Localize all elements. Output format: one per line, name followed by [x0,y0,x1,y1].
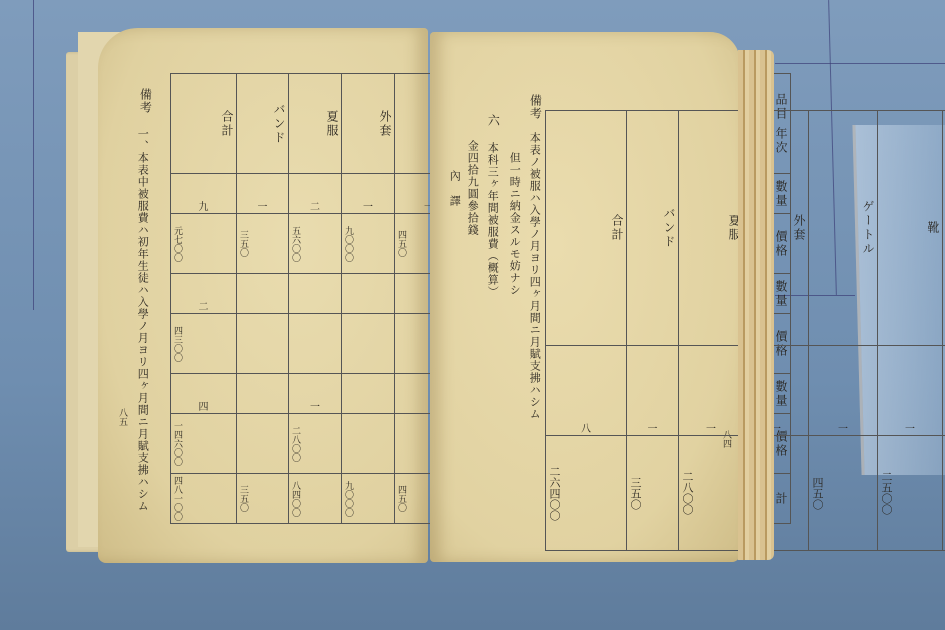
y2-qty-summer [289,274,342,314]
y1-qty-total: 九 [171,174,237,214]
page-edges [738,50,774,560]
y1-qty-summer: 二 [289,174,342,214]
sum-summer: 八四〇〇 [289,474,342,524]
left-page: 備考 一、本表中被服費ハ初年生徒ハ入學ノ月ヨリ四ヶ月間ニ月賦支拂ハシム 八五 合… [98,28,428,563]
r-qty-gaiters: 一 [809,346,878,436]
y3-price-band [237,414,289,474]
left-remarks-heading: 備考 [138,88,152,114]
r-price-total: 二六四〇〇 [546,436,627,551]
r-qty-total: 八 [546,346,627,436]
open-book: 非常門 備考 一、本表中被服費ハ初年生徒ハ入學ノ月ヨリ四ヶ月間ニ月賦支拂ハシム … [38,20,778,565]
r-price-gaiters: 四五〇 [809,436,878,551]
y1-qty-band: 一 [237,174,289,214]
y1-qty-overcoat: 一 [342,174,395,214]
r-price-summer: 二八〇〇 [679,436,744,551]
y3-qty-summer: 一 [289,374,342,414]
col-band-header: バンド [237,74,289,174]
y1-price-overcoat: 九〇〇〇 [342,214,395,274]
r-price-band: 三五〇 [627,436,679,551]
y3-qty-overcoat [342,374,395,414]
sum-band: 三五〇 [237,474,289,524]
r-qty-summer: 一 [679,346,744,436]
left-remark-1: 一、本表中被服費ハ初年生徒ハ入學ノ月ヨリ四ヶ月間ニ月賦支拂ハシム [136,128,149,528]
y2-price-overcoat [342,314,395,374]
y3-price-summer: 二八〇〇 [289,414,342,474]
y2-qty-overcoat [342,274,395,314]
r-col-summer-header: 夏服 [679,111,744,346]
section-6-number: 六 [486,114,500,127]
y1-price-band: 三五〇 [237,214,289,274]
r-col-band-header: バンド [627,111,679,346]
y2-qty-total: 二 [171,274,237,314]
y1-price-total: 元七〇〇 [171,214,237,274]
guide-line-left [33,0,34,310]
sum-overcoat: 九〇〇〇 [342,474,395,524]
right-page: 備考 本表ノ被服ハ入學ノ月ヨリ四ヶ月間ニ月賦支拂ハシム 但一時ニ納金スルモ妨ナシ… [430,32,740,562]
r-price-shoes: 二五〇〇 [878,436,943,551]
y3-qty-band [237,374,289,414]
breakdown-label: 內譯 [448,170,461,220]
sum-total: 四八一〇〇 [171,474,237,524]
section-6-title: 本科三ヶ年間被服費（概算） [486,142,499,298]
r-col-total-header: 合計 [546,111,627,346]
guide-line-top [775,63,945,64]
right-remark-main: 本表ノ被服ハ入學ノ月ヨリ四ヶ月間ニ月賦支拂ハシム [528,132,541,420]
y3-price-overcoat [342,414,395,474]
r-qty-shoes: 一 [878,346,943,436]
section-6-amount: 金四拾九圓參拾錢 [466,140,479,236]
r-col-gaiters-header: ゲートル [809,111,878,346]
col-summer-header: 夏服 [289,74,342,174]
left-page-number: 八五 [116,408,129,426]
r-qty-band: 一 [627,346,679,436]
y2-qty-band [237,274,289,314]
r-col-shoes-header: 靴 [878,111,943,346]
right-remark-sub: 但一時ニ納金スルモ妨ナシ [508,152,521,296]
y2-price-band [237,314,289,374]
col-overcoat-header: 外套 [342,74,395,174]
y2-price-total: 四三〇〇 [171,314,237,374]
y3-qty-total: 四 [171,374,237,414]
col-total-header: 合計 [171,74,237,174]
y3-price-total: 一四六〇〇 [171,414,237,474]
right-remarks-heading: 備考 [528,94,542,120]
y1-price-summer: 五六〇〇 [289,214,342,274]
y2-price-summer [289,314,342,374]
